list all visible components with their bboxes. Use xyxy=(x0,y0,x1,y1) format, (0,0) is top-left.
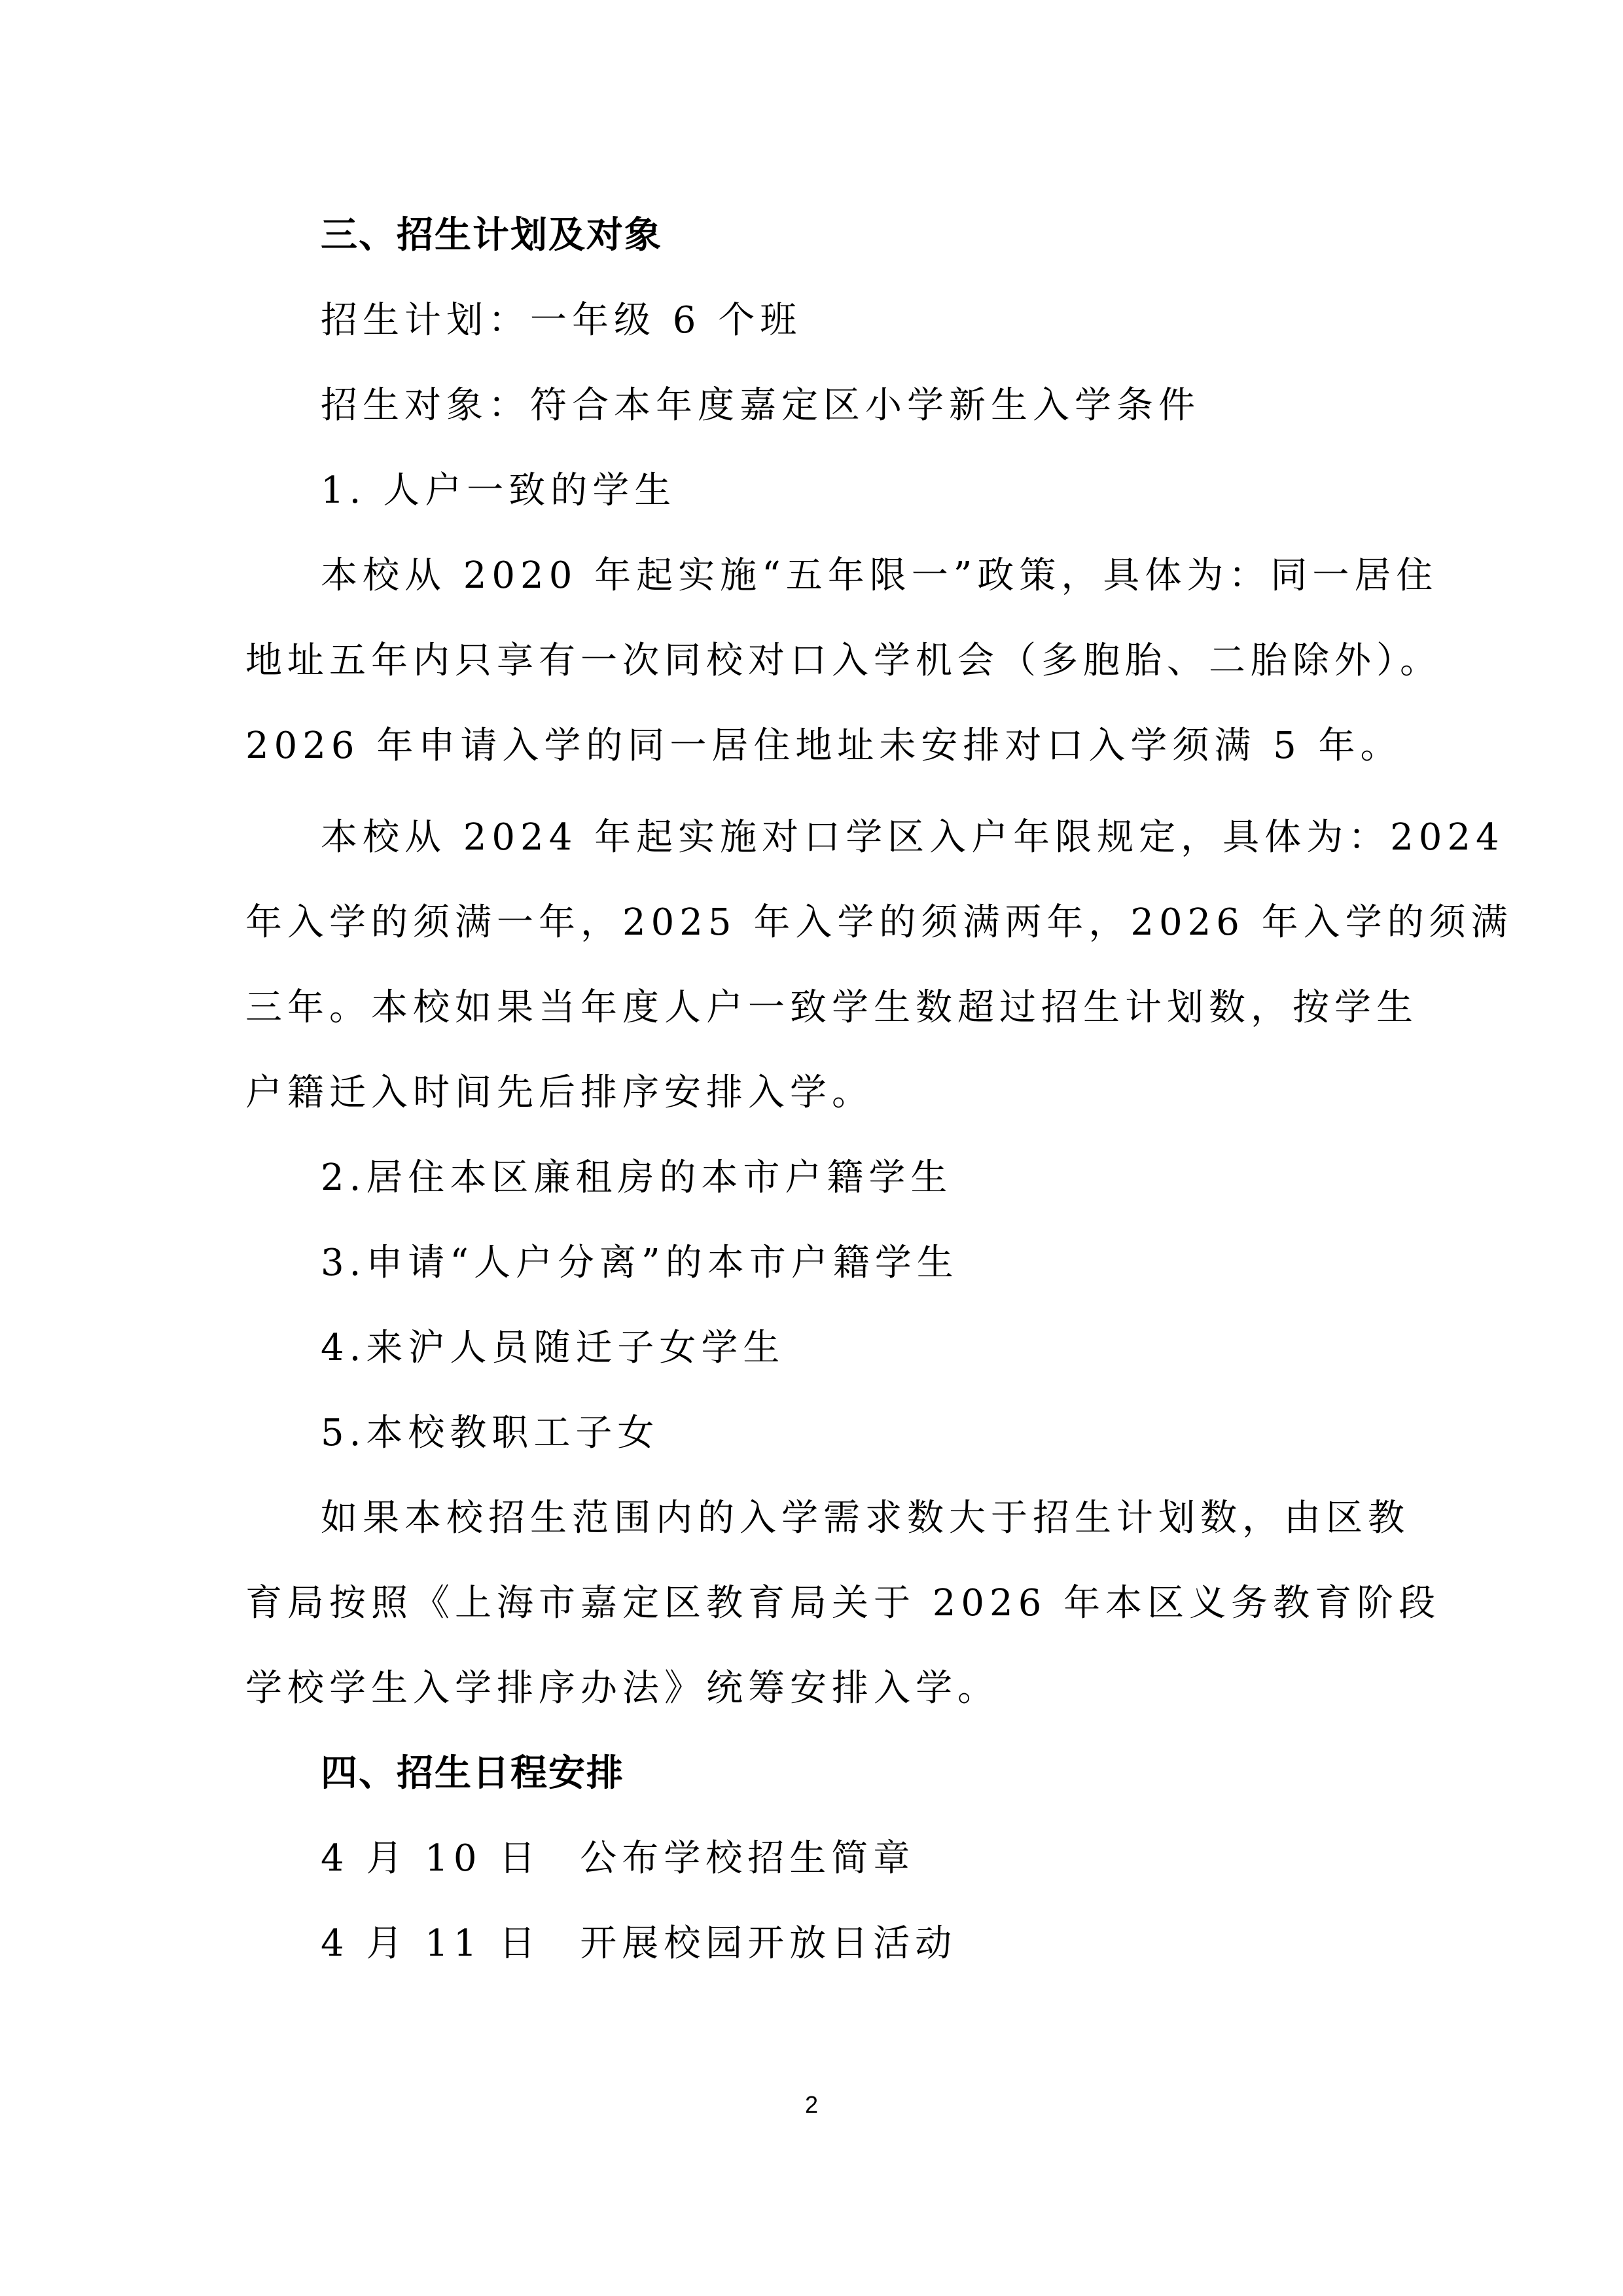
closing-line-3: 学校学生入学排序办法》统筹安排入学。 xyxy=(245,1666,1378,1712)
item-5: 5.本校教职工子女 xyxy=(321,1410,1378,1456)
section-4-heading: 四、招生日程安排 xyxy=(321,1751,1378,1797)
schedule-event: 公布学校招生简章 xyxy=(580,1837,915,1880)
schedule-row: 4 月 10 日公布学校招生简章 xyxy=(321,1836,1378,1882)
item-1-para-1-line-2: 地址五年内只享有一次同校对口入学机会（多胞胎、二胎除外）。 xyxy=(245,638,1378,684)
item-1-para-1-line-3: 2026 年申请入学的同一居住地址未安排对口入学须满 5 年。 xyxy=(245,723,1378,769)
enrollment-target: 招生对象：符合本年度嘉定区小学新生入学条件 xyxy=(321,383,1378,429)
item-1-para-2-line-1: 本校从 2024 年起实施对口学区入户年限规定，具体为：2024 xyxy=(321,815,1378,861)
schedule-row: 4 月 11 日开展校园开放日活动 xyxy=(321,1921,1378,1967)
item-3: 3.申请“人户分离”的本市户籍学生 xyxy=(321,1240,1378,1286)
schedule-date: 4 月 10 日 xyxy=(321,1837,541,1880)
item-4: 4.来沪人员随迁子女学生 xyxy=(321,1325,1378,1371)
item-1-para-2-line-4: 户籍迁入时间先后排序安排入学。 xyxy=(245,1070,1378,1116)
item-1-para-2-line-2: 年入学的须满一年，2025 年入学的须满两年，2026 年入学的须满 xyxy=(245,900,1378,946)
enrollment-plan: 招生计划：一年级 6 个班 xyxy=(321,298,1378,344)
item-2: 2.居住本区廉租房的本市户籍学生 xyxy=(321,1155,1378,1201)
schedule-event: 开展校园开放日活动 xyxy=(580,1922,957,1965)
closing-line-2: 育局按照《上海市嘉定区教育局关于 2026 年本区义务教育阶段 xyxy=(245,1581,1378,1626)
item-1-para-1-line-1: 本校从 2020 年起实施“五年限一”政策，具体为：同一居住 xyxy=(321,553,1378,599)
section-3-heading: 三、招生计划及对象 xyxy=(321,213,1378,259)
schedule-date: 4 月 11 日 xyxy=(321,1922,541,1965)
item-1-title: 1. 人户一致的学生 xyxy=(321,468,1378,514)
page-number: 2 xyxy=(0,2091,1623,2119)
closing-line-1: 如果本校招生范围内的入学需求数大于招生计划数，由区教 xyxy=(321,1496,1378,1541)
item-1-para-2-line-3: 三年。本校如果当年度人户一致学生数超过招生计划数，按学生 xyxy=(245,985,1378,1031)
